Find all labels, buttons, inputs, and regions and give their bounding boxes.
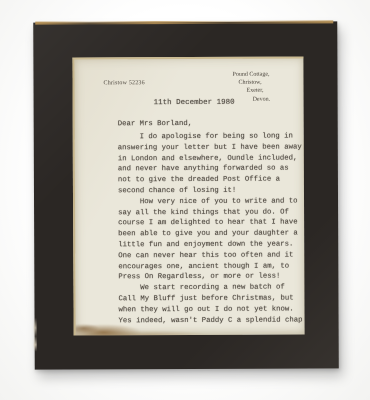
letter-body-line: How very nice of you to write and to [118,196,302,208]
letterhead-address-line: Christow, [238,79,270,87]
letter-body-line: encourages one, ancient though I am, to [118,261,302,273]
letter-body-line: course I am delighted to hear that I hav… [118,218,302,230]
letter-body-line: not to give the dreaded Post Office a [118,175,302,187]
letter-date: 11th December 1980 [154,98,235,109]
letter-body-line: Press On Regardless, or more or less! [118,272,302,284]
letter-body-line: little fun and enjoyment down the years. [118,239,302,251]
letter-body-line: and never have anything forwarded so as [118,164,302,176]
letter-body-line: when they will go out I do not yet know. [118,304,302,316]
letter-body-line: been able to give you and your daughter … [118,229,302,241]
letter-body-line: second chance of losing it! [118,185,302,197]
paper-stain [76,316,226,336]
letterhead-phone: Christow 52236 [103,80,144,86]
letter-body-line: We start recording a new batch of [118,283,302,295]
letterhead-address-line: Devon. [253,95,271,103]
letter-body-line: answering your letter but I have been aw… [118,142,302,154]
letter-body-line: I do apologise for being so long in [118,131,302,143]
letter-body-line: in London and elsewhere, Oundle included… [118,153,302,165]
letter-body-line: One can never hear this too often and it [118,250,302,262]
letterhead-address-line: Pound Cottage, [232,71,270,79]
picture-frame: Christow 52236 Pound Cottage, Christow, … [33,21,339,369]
letterhead-address-line: Exeter, [247,87,271,95]
letter-salutation: Dear Mrs Borland, [118,119,192,130]
letter-paper: Christow 52236 Pound Cottage, Christow, … [72,56,304,335]
letter-body: I do apologise for being so long in answ… [118,131,303,326]
letter-body-line: say all the kind things that you do. Of [118,207,302,219]
letterhead-address: Pound Cottage, Christow, Exeter, Devon. [232,71,270,104]
letter-body-line: Call My Bluff just before Christmas, but [118,293,302,305]
photo-of-framed-letter: Christow 52236 Pound Cottage, Christow, … [0,0,370,400]
